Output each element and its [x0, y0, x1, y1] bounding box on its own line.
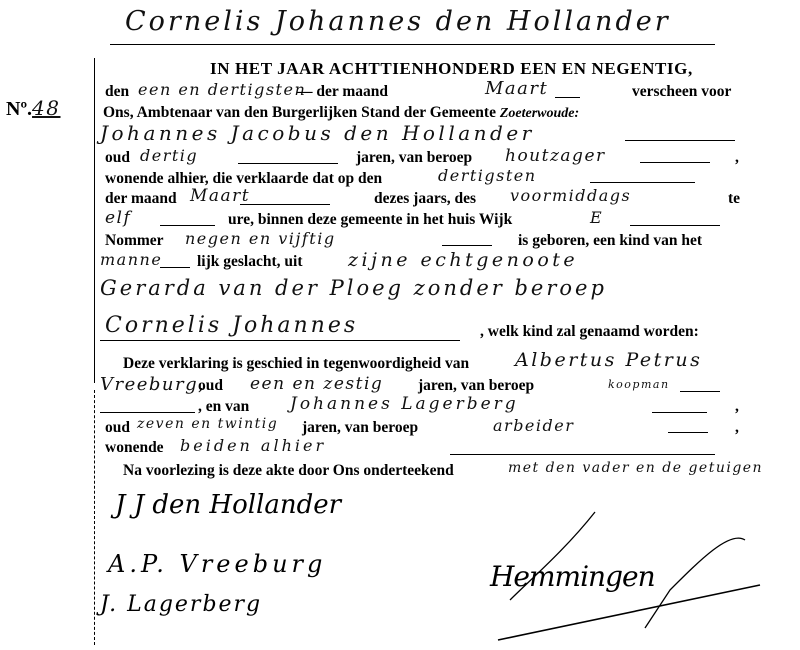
heading-underline — [110, 44, 715, 45]
line15-fill — [668, 432, 708, 433]
line7-mid: ure, binnen deze gemeente in het huis Wi… — [228, 211, 512, 229]
line6-fill — [240, 204, 330, 205]
line1-pre: den — [105, 83, 129, 101]
line2-text: Ons, Ambtenaar van den Burgerlijken Stan… — [103, 104, 496, 121]
line15-post: , — [735, 419, 739, 437]
witnesses-residence: beiden alhier — [180, 436, 326, 455]
witness2-name: Johannes Lagerberg — [290, 394, 519, 414]
line4-fill1 — [238, 163, 338, 164]
line9-fill — [160, 267, 190, 268]
house-number: negen en vijftig — [185, 229, 336, 248]
declarant-name: Johannes Jacobus den Hollander — [100, 121, 535, 145]
line11-post: , welk kind zal genaamd worden: — [480, 323, 699, 341]
line6-pre: der maand — [105, 190, 177, 208]
witness1-signature: A.P. Vreeburg — [108, 550, 326, 578]
line14-fill2 — [652, 412, 707, 413]
margin-line — [94, 58, 95, 383]
line14-fill1 — [100, 412, 195, 413]
line8-pre: Nommer — [105, 232, 164, 250]
line17-pre: Na voorlezing is deze akte door Ons onde… — [123, 462, 454, 480]
line1-fill — [555, 97, 580, 98]
witness1-occupation: koopman — [608, 378, 670, 391]
register-number-label: Nº. — [6, 98, 32, 120]
line8-post: is geboren, een kind van het — [518, 232, 702, 250]
declarant-age: dertig — [140, 146, 198, 165]
line5-fill — [590, 182, 695, 183]
municipality: Zoeterwoude: — [500, 106, 579, 121]
line4-mid: jaren, van beroep — [356, 149, 472, 167]
line4-post: , — [735, 149, 739, 167]
line1-month: Maart — [485, 78, 548, 99]
spouse-label: zijne echtgenoote — [348, 249, 578, 271]
declarant-occupation: houtzager — [505, 146, 606, 166]
line6-mid: dezes jaars, des — [374, 190, 476, 208]
register-number: Nº.48 — [6, 96, 61, 121]
birth-month: Maart — [190, 186, 250, 206]
line13-mid: oud — [198, 377, 223, 395]
house-ward: E — [590, 208, 603, 227]
line4-fill2 — [640, 162, 710, 163]
certificate-title: IN HET JAAR ACHTTIENHONDERD EEN EN NEGEN… — [210, 59, 693, 79]
line1-post: verscheen voor — [632, 83, 731, 101]
official-signature-flourish — [470, 510, 800, 650]
line16-pre: wonende — [105, 439, 164, 457]
birth-day: dertigsten — [438, 166, 537, 185]
child-name-underline — [100, 340, 460, 341]
margin-line-lower — [94, 390, 95, 645]
line15-mid: jaren, van beroep — [302, 419, 418, 437]
line7-fill2 — [630, 225, 720, 226]
line16-fill — [450, 454, 715, 455]
mother-name: Gerarda van der Ploeg zonder beroep — [100, 276, 607, 300]
line8-fill — [442, 245, 492, 246]
line13-fill — [680, 391, 720, 392]
line15-pre: oud — [105, 419, 130, 437]
birth-hour: elf — [105, 208, 131, 228]
time-of-day: voormiddags — [510, 186, 631, 205]
signing-note: met den vader en de getuigen — [508, 460, 763, 476]
line12-pre: Deze verklaring is geschied in tegenwoor… — [123, 355, 469, 373]
witness1-surname: Vreeburg, — [100, 374, 205, 395]
line4-pre: oud — [105, 149, 130, 167]
line14-mid: , en van — [198, 398, 249, 416]
witness1-given: Albertus Petrus — [515, 349, 702, 371]
witness2-age: zeven en twintig — [137, 416, 278, 432]
register-number-value: 48 — [32, 96, 60, 120]
father-signature: J J den Hollander — [115, 490, 341, 520]
heading-child-name: Cornelis Johannes den Hollander — [125, 6, 671, 37]
witness2-signature: J. Lagerberg — [100, 592, 262, 617]
line1-day: een en dertigsten — [138, 80, 306, 99]
witness2-occupation: arbeider — [493, 416, 574, 435]
line6-post: te — [728, 190, 740, 208]
witness1-age: een en zestig — [250, 374, 383, 394]
line2-pre: Ons, Ambtenaar van den Burgerlijken Stan… — [103, 104, 579, 122]
line14-post: , — [735, 398, 739, 416]
line1-mid: — der maand — [297, 83, 388, 101]
line9-mid: lijk geslacht, uit — [197, 253, 303, 271]
line7-fill1 — [160, 225, 215, 226]
child-sex: manne — [100, 250, 162, 269]
line3-fill — [625, 140, 735, 141]
line13-mid2: jaren, van beroep — [418, 377, 534, 395]
birth-certificate-page: Cornelis Johannes den Hollander Nº.48 IN… — [0, 0, 800, 650]
child-given-names: Cornelis Johannes — [105, 313, 358, 338]
